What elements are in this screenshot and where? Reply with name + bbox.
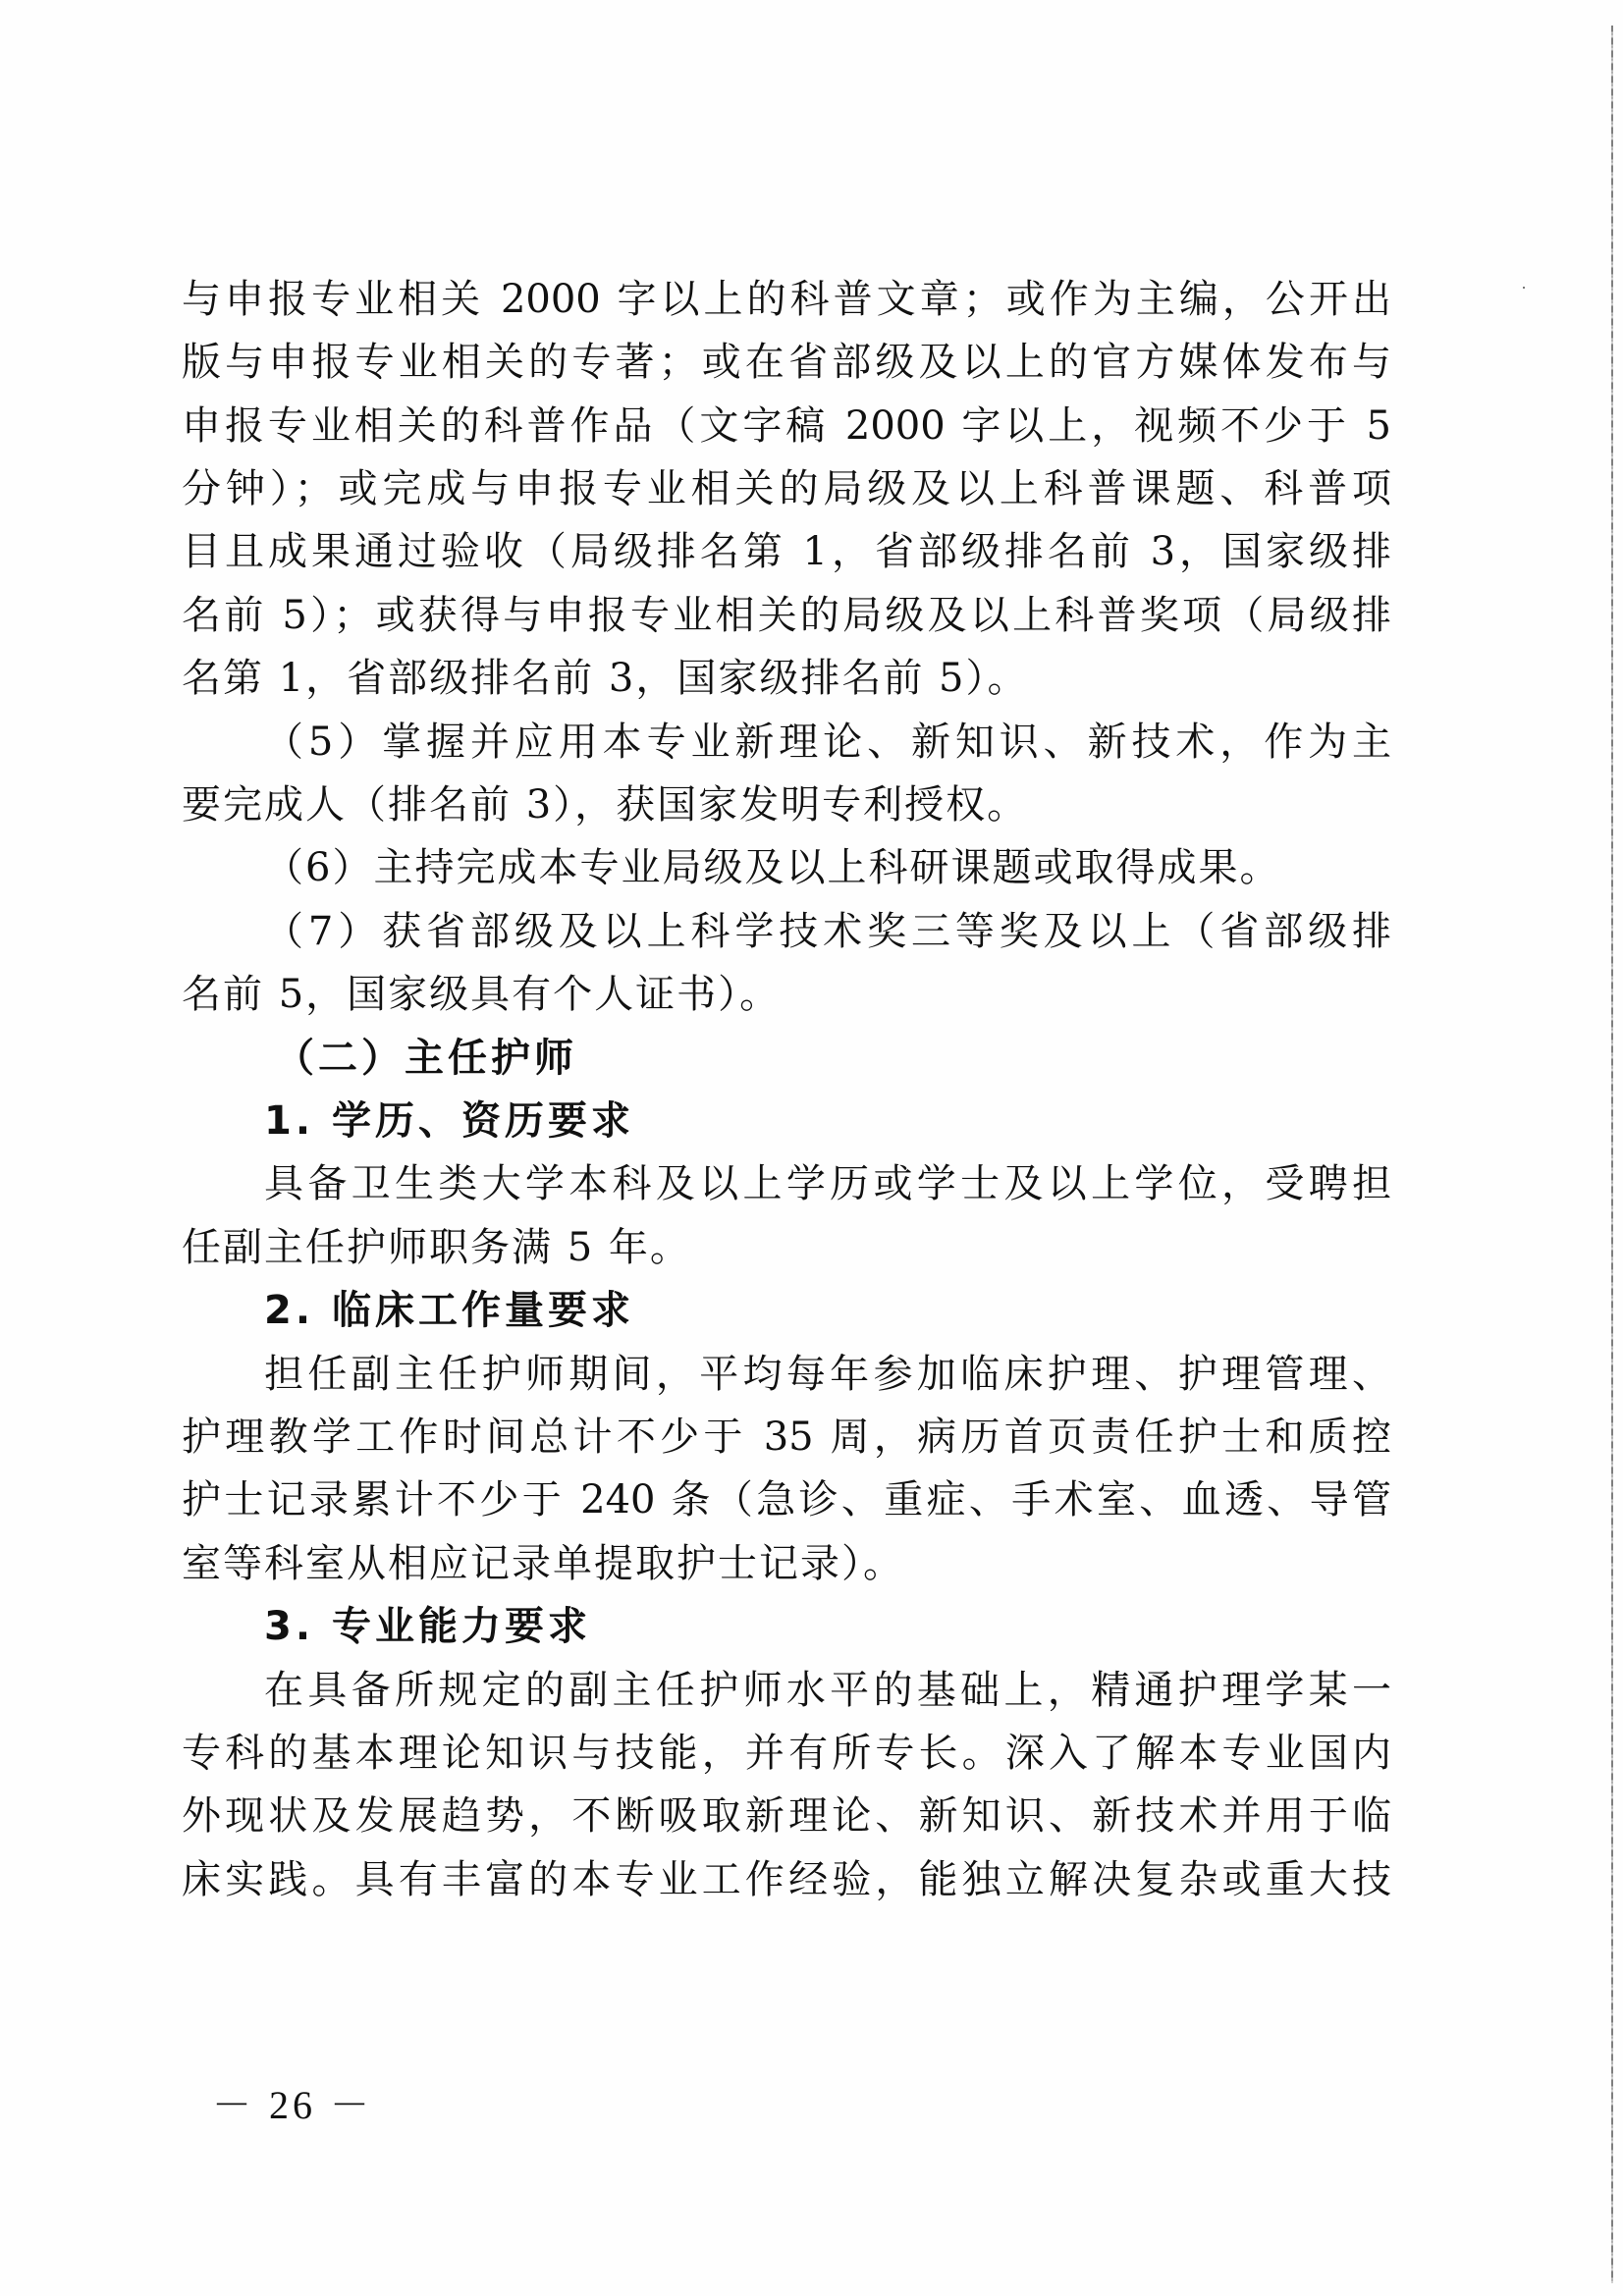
- subsection-heading-3: 3. 专业能力要求: [264, 1595, 591, 1658]
- text-line: 目且成果通过验收（局级排名第 1，省部级排名前 3，国家级排: [182, 520, 1391, 583]
- text-line: 申报专业相关的科普作品（文字稿 2000 字以上，视频不少于 5: [182, 395, 1391, 457]
- subsection-heading-1: 1. 学历、资历要求: [264, 1090, 634, 1152]
- subsection-heading-2: 2. 临床工作量要求: [264, 1279, 634, 1342]
- text-line: 外现状及发展趋势，不断吸取新理论、新知识、新技术并用于临: [182, 1785, 1391, 1847]
- scan-edge-line: [1611, 26, 1613, 2283]
- text-line: 护士记录累计不少于 240 条（急诊、重症、手术室、血透、导管: [182, 1468, 1391, 1531]
- text-line: 室等科室从相应记录单提取护士记录）。: [182, 1532, 1391, 1595]
- section-heading: （二）主任护师: [275, 1027, 577, 1090]
- list-item-7: （7）获省部级及以上科学技术奖三等奖及以上（省部级排: [264, 900, 1391, 963]
- text-line: 分钟）；或完成与申报专业相关的局级及以上科普课题、科普项: [182, 457, 1391, 520]
- list-item-5: （5）掌握并应用本专业新理论、新知识、新技术，作为主: [264, 711, 1391, 774]
- text-line: 与申报专业相关 2000 字以上的科普文章；或作为主编，公开出: [182, 268, 1391, 331]
- text-line: 名第 1，省部级排名前 3，国家级排名前 5）。: [182, 647, 1391, 710]
- text-line: 在具备所规定的副主任护师水平的基础上，精通护理学某一: [264, 1659, 1391, 1722]
- text-line: 具备卫生类大学本科及以上学历或学士及以上学位，受聘担: [264, 1152, 1391, 1215]
- text-line: 要完成人（排名前 3），获国家发明专利授权。: [182, 774, 1391, 836]
- text-line: 名前 5，国家级具有个人证书）。: [182, 963, 1391, 1026]
- text-line: 担任副主任护师期间，平均每年参加临床护理、护理管理、: [264, 1343, 1391, 1406]
- text-line: 名前 5）；或获得与申报专业相关的局级及以上科普奖项（局级排: [182, 584, 1391, 647]
- text-line: 任副主任护师职务满 5 年。: [182, 1216, 1391, 1279]
- page-number: － 26 －: [212, 2083, 373, 2128]
- text-line: 专科的基本理论知识与技能，并有所专长。深入了解本专业国内: [182, 1722, 1391, 1785]
- list-item-6: （6）主持完成本专业局级及以上科研课题或取得成果。: [264, 836, 1391, 899]
- text-line: 床实践。具有丰富的本专业工作经验，能独立解决复杂或重大技: [182, 1848, 1391, 1911]
- text-line: 版与申报专业相关的专著；或在省部级及以上的官方媒体发布与: [182, 331, 1391, 394]
- document-page: 与申报专业相关 2000 字以上的科普文章；或作为主编，公开出 版与申报专业相关…: [0, 0, 1623, 2296]
- text-line: 护理教学工作时间总计不少于 35 周，病历首页责任护士和质控: [182, 1406, 1391, 1468]
- scan-speck: [1523, 287, 1525, 289]
